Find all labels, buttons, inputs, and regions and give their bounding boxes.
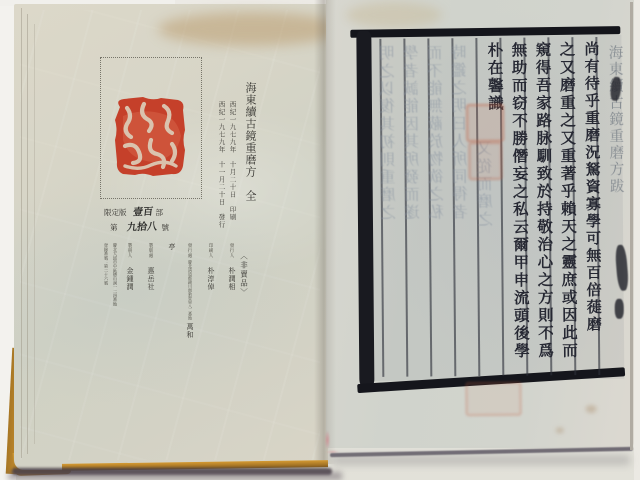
faint-heading-column: 海東續古鏡重磨方跋 <box>597 45 622 196</box>
not-for-sale-label: 〈非賣品〉 <box>240 252 248 296</box>
text-column-3: 窺得吾家路脉馴致於持敬治心之方則不爲 <box>525 41 552 360</box>
colophon-entry: 發行人朴潤相 <box>223 243 241 339</box>
right-page-bottom-shadow <box>332 455 630 465</box>
limited-line1: 限定版壹百部 <box>104 205 188 220</box>
foxing-spot <box>556 427 564 433</box>
red-seal-showthrough <box>468 142 502 180</box>
print-date: 西紀一九七九年 十月二十日 印刷 <box>228 101 235 231</box>
colophon-label: 發行處 <box>188 243 193 258</box>
limited-printed: 限定版 <box>104 208 127 217</box>
text-column-2: 之又磨重之又重著乎賴天之靈庶或因此而 <box>549 41 576 360</box>
under-page-edge <box>27 14 28 454</box>
limited-line2: 第九拾八號 <box>110 220 188 235</box>
woodblock-print-area: 明之以復其初則重磨之 學者誠能因其所發而遂 而不能無蔽於物欲之私 時鑑之明曰人所… <box>324 0 636 449</box>
seal-impression <box>113 96 187 178</box>
colophon-entry: 發行處慶北淸道郡錦川面新智里八二番地萬和亭 <box>163 243 199 339</box>
photo-of-open-book: 海東續古鏡重磨方 全 西紀一九七九年 十月二十日 印刷 西紀一九七九年 十一月二… <box>0 0 640 480</box>
red-collector-seal <box>113 96 187 178</box>
print-frame-left <box>356 31 374 387</box>
colophon-entry: 印刷人朴淳倬 <box>202 243 220 339</box>
colophon-label: 製版處 <box>149 243 154 258</box>
limited-handwritten: 壹百 <box>132 205 154 221</box>
limited-printed: 號 <box>162 223 170 232</box>
colophon-value: 惠岳社 <box>147 267 155 291</box>
ghost-text-column: 明之以復其初則重磨之 <box>380 45 406 222</box>
colophon-address: 慶北淸道郡錦川面新智里八二番地 <box>188 260 193 320</box>
colophon-label: 發行人 <box>230 243 235 258</box>
text-column-4: 無助而窃不勝僭妄之私云爾甲申流頭後學 <box>501 42 528 361</box>
ink-smudge <box>615 299 624 319</box>
limited-edition-number: 限定版壹百部 第九拾八號 <box>104 205 188 235</box>
foxing-spot <box>586 405 597 413</box>
colophon-value: 金鍾潤 <box>126 267 134 291</box>
limited-printed: 部 <box>156 208 164 217</box>
red-seal-showthrough <box>465 382 521 416</box>
under-page-edge <box>21 8 22 458</box>
right-page-outer-edge <box>630 2 633 450</box>
gutter-fold-shadow <box>314 0 336 464</box>
colophon-entry: 製版處惠岳社 <box>142 243 160 339</box>
under-page-edge <box>34 24 35 444</box>
publish-date: 西紀一九七九年 十一月二十日 發行 <box>217 101 224 241</box>
colophon-value: 朴潤相 <box>228 267 236 291</box>
limited-handwritten: 九拾八 <box>126 219 158 235</box>
text-column-1: 尚有待乎重磨況駑資寡學可無百倍蓰磨 <box>573 41 600 334</box>
colophon-label: 製册人 <box>128 243 133 258</box>
colophon-value: 朴淳倬 <box>207 267 215 291</box>
colophon-label: 印刷人 <box>209 243 214 258</box>
colophon-address-column: 慶北大邱市中區德山洞一二四番地 <box>112 243 118 339</box>
red-seal-showthrough <box>466 104 504 142</box>
page-bottom-soft-shadow <box>8 472 342 480</box>
ghost-text-column: 而不能無蔽於物欲之私 <box>428 44 454 221</box>
colophon-address-column: 登錄番號：第二十六號 <box>103 243 109 339</box>
text-column-5: 朴在馨識 <box>477 42 502 113</box>
colophon-block: 發行人朴潤相 印刷人朴淳倬 發行處慶北淸道郡錦川面新智里八二番地萬和亭 製版處惠… <box>100 243 241 339</box>
book-title: 海東續古鏡重磨方 全 <box>244 82 255 214</box>
ghost-text-column: 學者誠能因其所發而遂 <box>404 44 430 221</box>
limited-printed: 第 <box>110 223 118 232</box>
colophon-entry: 製册人金鍾潤 <box>121 243 139 339</box>
